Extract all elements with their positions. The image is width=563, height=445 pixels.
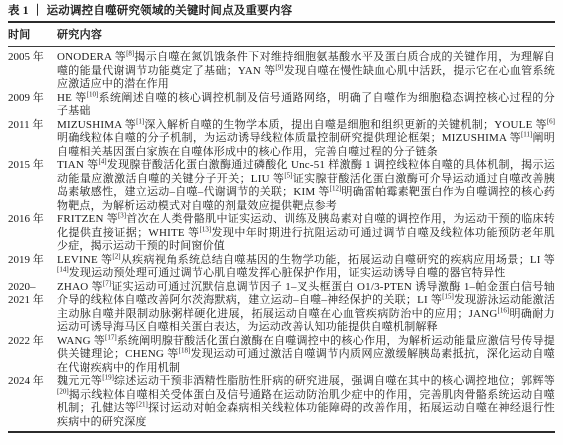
citation-ref: [6] — [547, 117, 555, 125]
citation-ref: [14] — [57, 265, 69, 273]
row-year: 2024 年 — [8, 375, 57, 429]
table-row: 2020– 2021 年 ZHAO 等[7]证实运动可通过沉默信息调节因子 1–… — [8, 281, 555, 335]
row-year: 2019 年 — [8, 254, 57, 281]
table-header-row: 时间 研究内容 — [8, 23, 555, 46]
table-row: 2005 年 ONODERA 等[8]揭示自噬在氮饥饿条件下对维持细胞氨基酸水平… — [8, 51, 555, 92]
citation-ref: [4] — [98, 157, 106, 165]
citation-ref: [12] — [330, 184, 342, 192]
column-header-time: 时间 — [8, 29, 57, 41]
row-content: FRITZEN 等[3]首次在人类骨骼肌中证实运动、训练及胰岛素对自噬的调控作用… — [57, 213, 555, 254]
citation-ref: [18] — [179, 346, 191, 354]
citation-ref: [17] — [105, 333, 117, 341]
row-content: ZHAO 等[7]证实运动可通过沉默信息调节因子 1–叉头框蛋白 O1/3-PT… — [57, 281, 555, 335]
citation-ref: [2] — [112, 252, 120, 260]
row-content: ONODERA 等[8]揭示自噬在氮饥饿条件下对维持细胞氨基酸水平及蛋白质合成的… — [57, 51, 555, 92]
row-content: HE 等[10]系统阐述自噬的核心调控机制及信号通路网络，明确了自噬作为细胞稳态… — [57, 92, 555, 119]
citation-ref: [9] — [275, 63, 283, 71]
row-content: WANG 等[17]系统阐明腺苷酸活化蛋白激酶在自噬调控中的核心作用，为解析运动… — [57, 335, 555, 376]
citation-ref: [3] — [118, 211, 126, 219]
citation-ref: [5] — [284, 171, 292, 179]
citation-ref: [13] — [200, 225, 212, 233]
citation-ref: [20] — [57, 387, 69, 395]
citation-ref: [11] — [521, 130, 532, 138]
table-row: 2019 年 LEVINE 等[2]从疾病视角系统总结自噬基因的生物学功能，拓展… — [8, 254, 555, 281]
table-body: 2005 年 ONODERA 等[8]揭示自噬在氮饥饿条件下对维持细胞氨基酸水平… — [8, 47, 555, 429]
row-year: 2016 年 — [8, 213, 57, 254]
citation-ref: [8] — [126, 49, 134, 57]
citation-ref: [7] — [103, 279, 111, 287]
row-content: TIAN 等[4]发现腺苷酸活化蛋白激酶通过磷酸化 Unc-51 样激酶 1 调… — [57, 159, 555, 213]
row-year: 2009 年 — [8, 92, 57, 119]
citation-ref: [1] — [136, 117, 144, 125]
citation-ref: [19] — [102, 373, 114, 381]
row-year: 2005 年 — [8, 51, 57, 92]
row-year: 2022 年 — [8, 335, 57, 376]
table-row: 2009 年 HE 等[10]系统阐述自噬的核心调控机制及信号通路网络，明确了自… — [8, 92, 555, 119]
citation-ref: [10] — [87, 90, 99, 98]
row-content: LEVINE 等[2]从疾病视角系统总结自噬基因的生物学功能，拓展运动自噬研究的… — [57, 254, 555, 281]
paper-table-page: 表 1 ｜ 运动调控自噬研究领域的关键时间点及重要内容 时间 研究内容 2005… — [0, 0, 563, 445]
citation-ref: [15] — [442, 292, 454, 300]
row-year: 2015 年 — [8, 159, 57, 213]
row-year: 2020– 2021 年 — [8, 281, 57, 335]
table-row: 2011 年 MIZUSHIMA 等[1]深入解析自噬的生物学本质，提出自噬是细… — [8, 119, 555, 160]
table-title: 表 1 ｜ 运动调控自噬研究领域的关键时间点及重要内容 — [8, 4, 555, 21]
citation-ref: [16] — [498, 306, 510, 314]
table-row: 2015 年 TIAN 等[4]发现腺苷酸活化蛋白激酶通过磷酸化 Unc-51 … — [8, 159, 555, 213]
table-row: 2024 年 魏元元等[19]综述运动干预非酒精性脂肪性肝病的研究进展，强调自噬… — [8, 375, 555, 429]
table-row: 2022 年 WANG 等[17]系统阐明腺苷酸活化蛋白激酶在自噬调控中的核心作… — [8, 335, 555, 376]
row-content: 魏元元等[19]综述运动干预非酒精性脂肪性肝病的研究进展，强调自噬在其中的核心调… — [57, 375, 555, 429]
table-row: 2016 年 FRITZEN 等[3]首次在人类骨骼肌中证实运动、训练及胰岛素对… — [8, 213, 555, 254]
column-header-content: 研究内容 — [57, 29, 555, 41]
citation-ref: [21] — [136, 400, 148, 408]
row-content: MIZUSHIMA 等[1]深入解析自噬的生物学本质，提出自噬是细胞和组织更新的… — [57, 119, 555, 160]
row-year: 2011 年 — [8, 119, 57, 160]
table-bottom-rule — [8, 431, 555, 433]
